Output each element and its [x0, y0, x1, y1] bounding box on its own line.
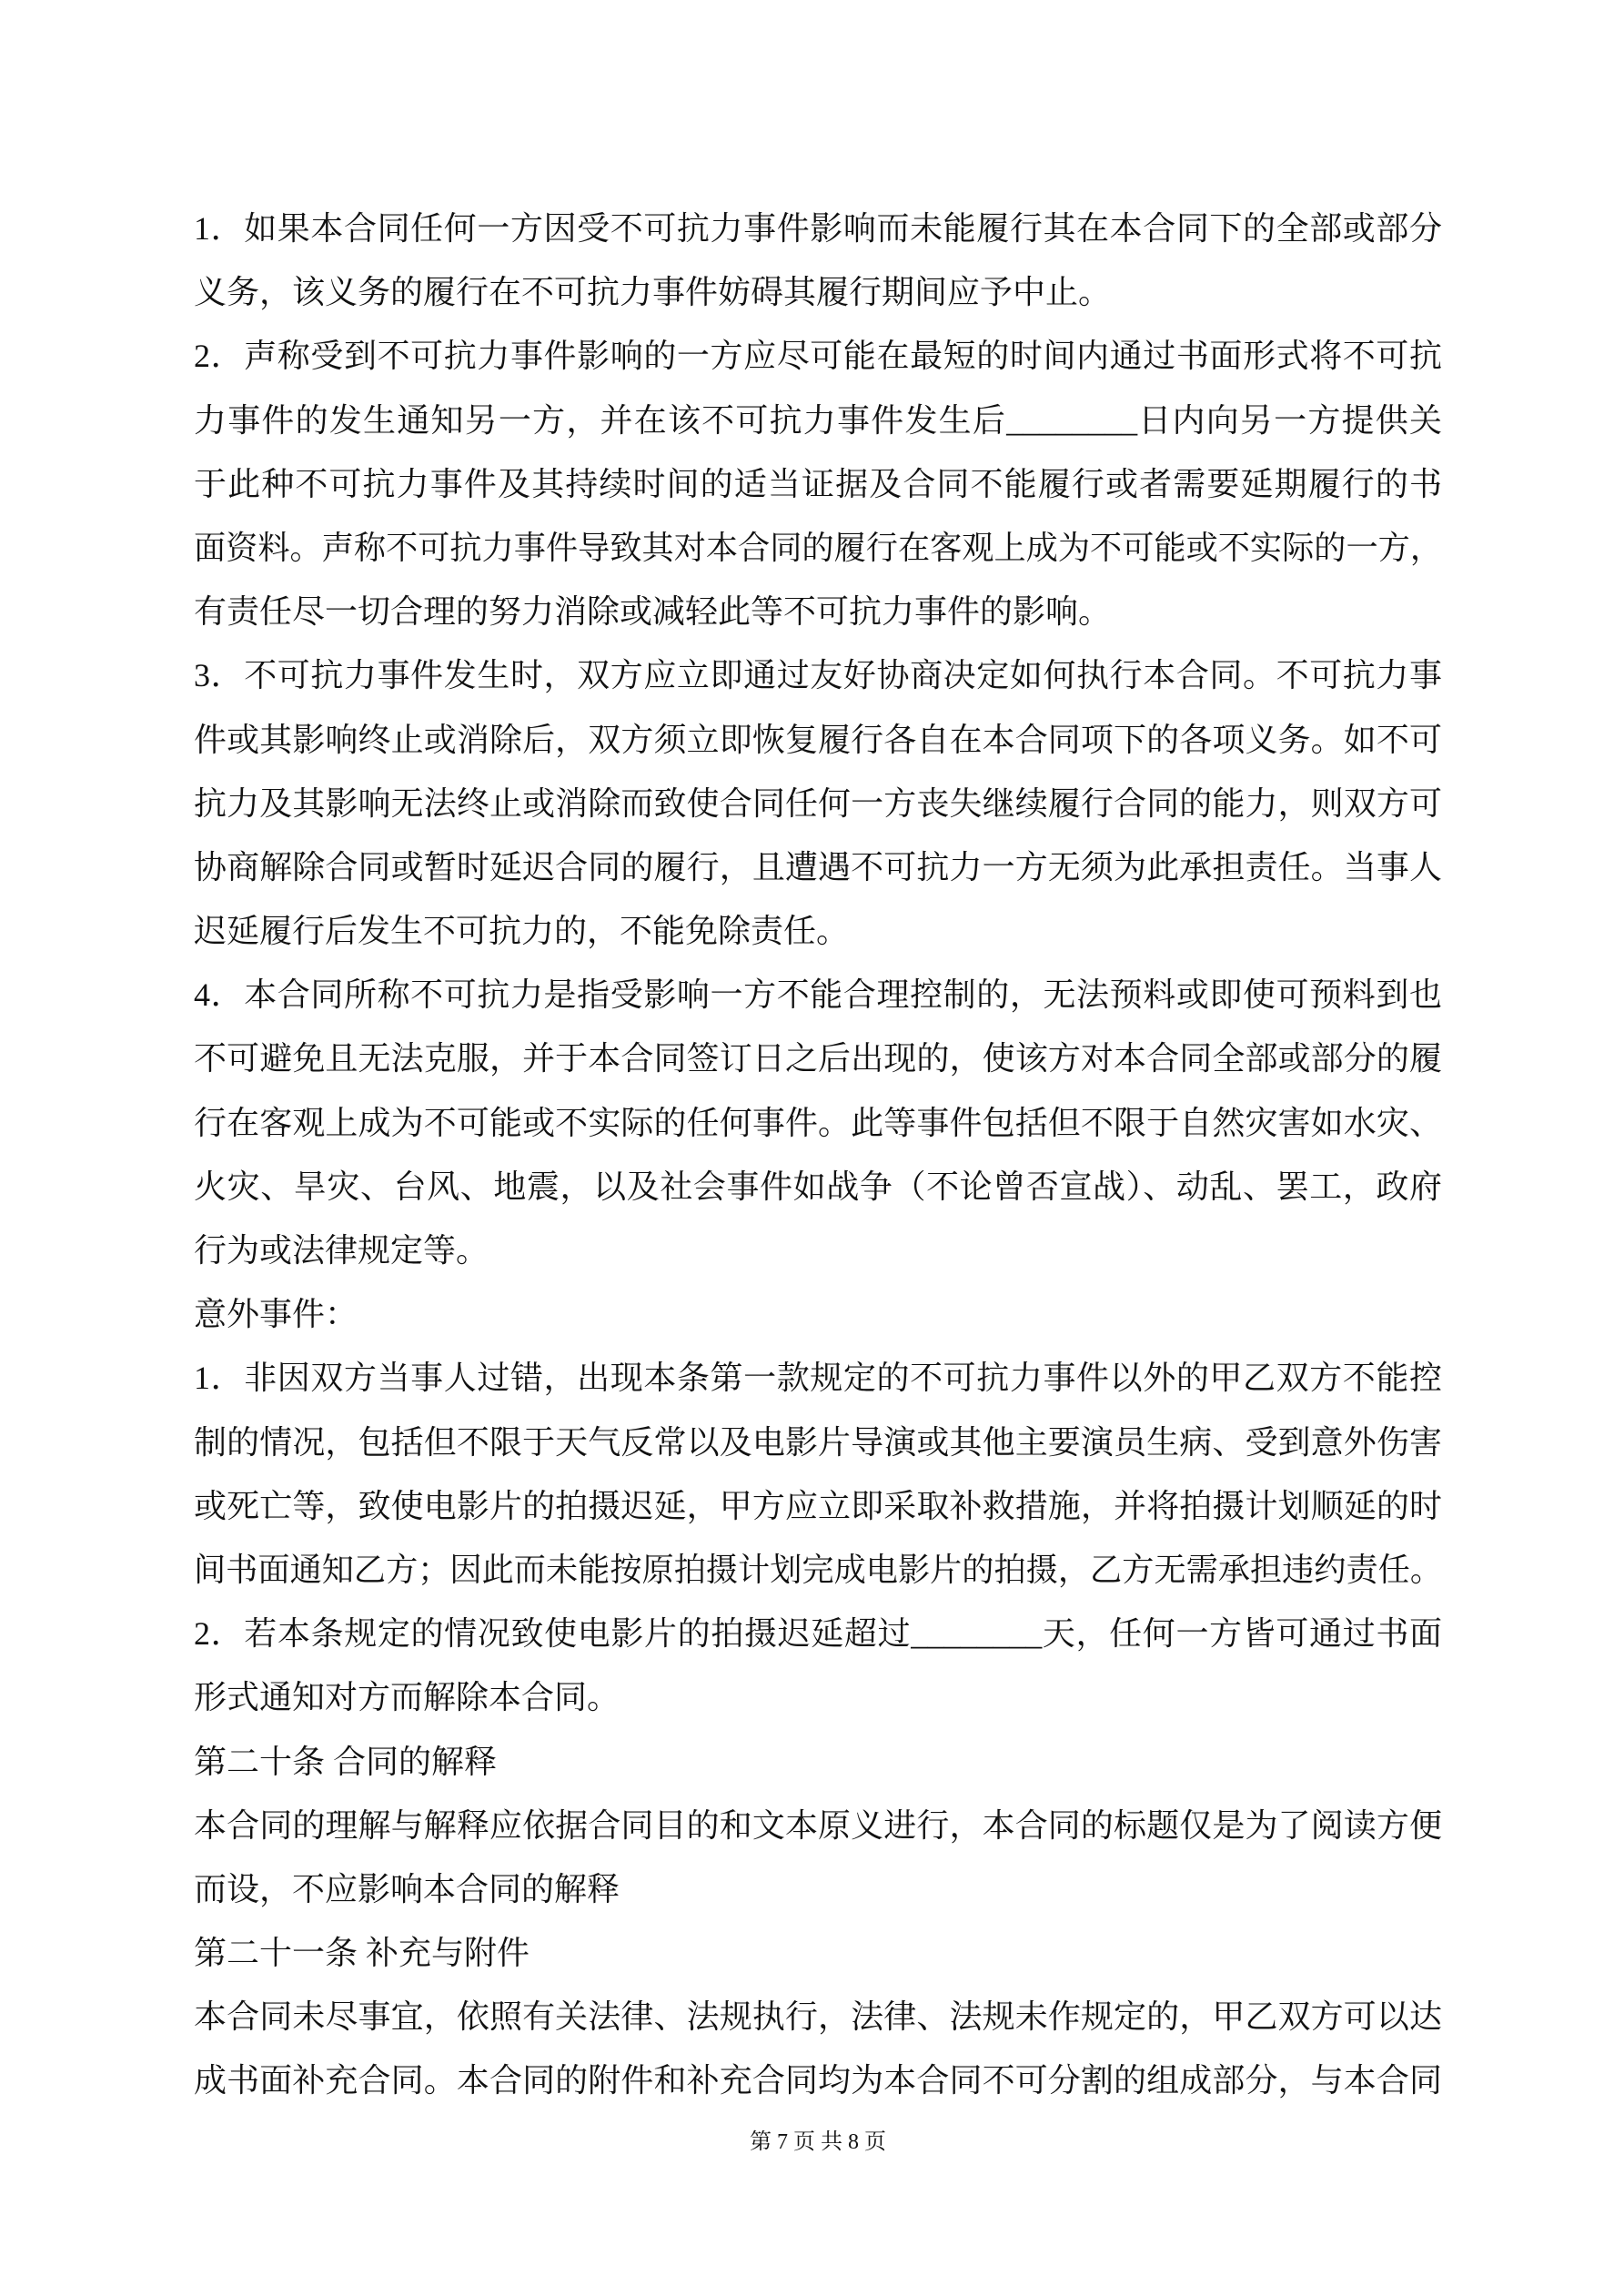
contract-text-line: 3．不可抗力事件发生时，双方应立即通过友好协商决定如何执行本合同。不可抗力事 — [194, 643, 1442, 707]
contract-text-line: 义务，该义务的履行在不可抗力事件妨碍其履行期间应予中止。 — [194, 260, 1442, 324]
contract-text-line: 意外事件： — [194, 1282, 1442, 1346]
contract-page: 1．如果本合同任何一方因受不可抗力事件影响而未能履行其在本合同下的全部或部分义务… — [0, 0, 1624, 2296]
contract-text-line: 1．如果本合同任何一方因受不可抗力事件影响而未能履行其在本合同下的全部或部分 — [194, 197, 1442, 260]
contract-text-line: 行在客观上成为不可能或不实际的任何事件。此等事件包括但不限于自然灾害如水灾、 — [194, 1091, 1442, 1155]
page-number-footer: 第 7 页 共 8 页 — [194, 2126, 1442, 2159]
contract-text-line: 力事件的发生通知另一方，并在该不可抗力事件发生后________日内向另一方提供… — [194, 389, 1442, 452]
contract-body: 1．如果本合同任何一方因受不可抗力事件影响而未能履行其在本合同下的全部或部分义务… — [194, 197, 1442, 2113]
contract-text-line: 制的情况，包括但不限于天气反常以及电影片导演或其他主要演员生病、受到意外伤害 — [194, 1411, 1442, 1474]
contract-text-line: 1．非因双方当事人过错，出现本条第一款规定的不可抗力事件以外的甲乙双方不能控 — [194, 1346, 1442, 1410]
contract-text-line: 4．本合同所称不可抗力是指受影响一方不能合理控制的，无法预料或即使可预料到也 — [194, 963, 1442, 1027]
contract-text-line: 件或其影响终止或消除后，双方须立即恢复履行各自在本合同项下的各项义务。如不可 — [194, 708, 1442, 772]
contract-text-line: 第二十一条 补充与附件 — [194, 1921, 1442, 1985]
contract-text-line: 形式通知对方而解除本合同。 — [194, 1665, 1442, 1729]
contract-text-line: 协商解除合同或暂时延迟合同的履行，且遭遇不可抗力一方无须为此承担责任。当事人 — [194, 835, 1442, 899]
contract-text-line: 第二十条 合同的解释 — [194, 1730, 1442, 1794]
contract-text-line: 迟延履行后发生不可抗力的，不能免除责任。 — [194, 899, 1442, 963]
contract-text-line: 于此种不可抗力事件及其持续时间的适当证据及合同不能履行或者需要延期履行的书 — [194, 452, 1442, 516]
contract-text-line: 本合同的理解与解释应依据合同目的和文本原义进行，本合同的标题仅是为了阅读方便 — [194, 1794, 1442, 1857]
contract-text-line: 行为或法律规定等。 — [194, 1219, 1442, 1282]
contract-text-line: 面资料。声称不可抗力事件导致其对本合同的履行在客观上成为不可能或不实际的一方， — [194, 516, 1414, 580]
contract-text-line: 本合同未尽事宜，依照有关法律、法规执行，法律、法规未作规定的，甲乙双方可以达 — [194, 1985, 1442, 2048]
contract-text-line: 抗力及其影响无法终止或消除而致使合同任何一方丧失继续履行合同的能力，则双方可 — [194, 772, 1442, 835]
contract-text-line: 不可避免且无法克服，并于本合同签订日之后出现的，使该方对本合同全部或部分的履 — [194, 1027, 1442, 1090]
contract-text-line: 2．声称受到不可抗力事件影响的一方应尽可能在最短的时间内通过书面形式将不可抗 — [194, 324, 1442, 388]
contract-text-line: 有责任尽一切合理的努力消除或减轻此等不可抗力事件的影响。 — [194, 580, 1442, 643]
contract-text-line: 间书面通知乙方；因此而未能按原拍摄计划完成电影片的拍摄，乙方无需承担违约责任。 — [194, 1538, 1414, 1602]
contract-text-line: 2．若本条规定的情况致使电影片的拍摄迟延超过________天，任何一方皆可通过… — [194, 1602, 1442, 1665]
contract-text-line: 成书面补充合同。本合同的附件和补充合同均为本合同不可分割的组成部分，与本合同 — [194, 2048, 1442, 2112]
contract-text-line: 而设，不应影响本合同的解释 — [194, 1857, 1442, 1921]
contract-text-line: 或死亡等，致使电影片的拍摄迟延，甲方应立即采取补救措施，并将拍摄计划顺延的时 — [194, 1474, 1442, 1538]
contract-text-line: 火灾、旱灾、台风、地震，以及社会事件如战争（不论曾否宣战）、动乱、罢工，政府 — [194, 1155, 1442, 1219]
